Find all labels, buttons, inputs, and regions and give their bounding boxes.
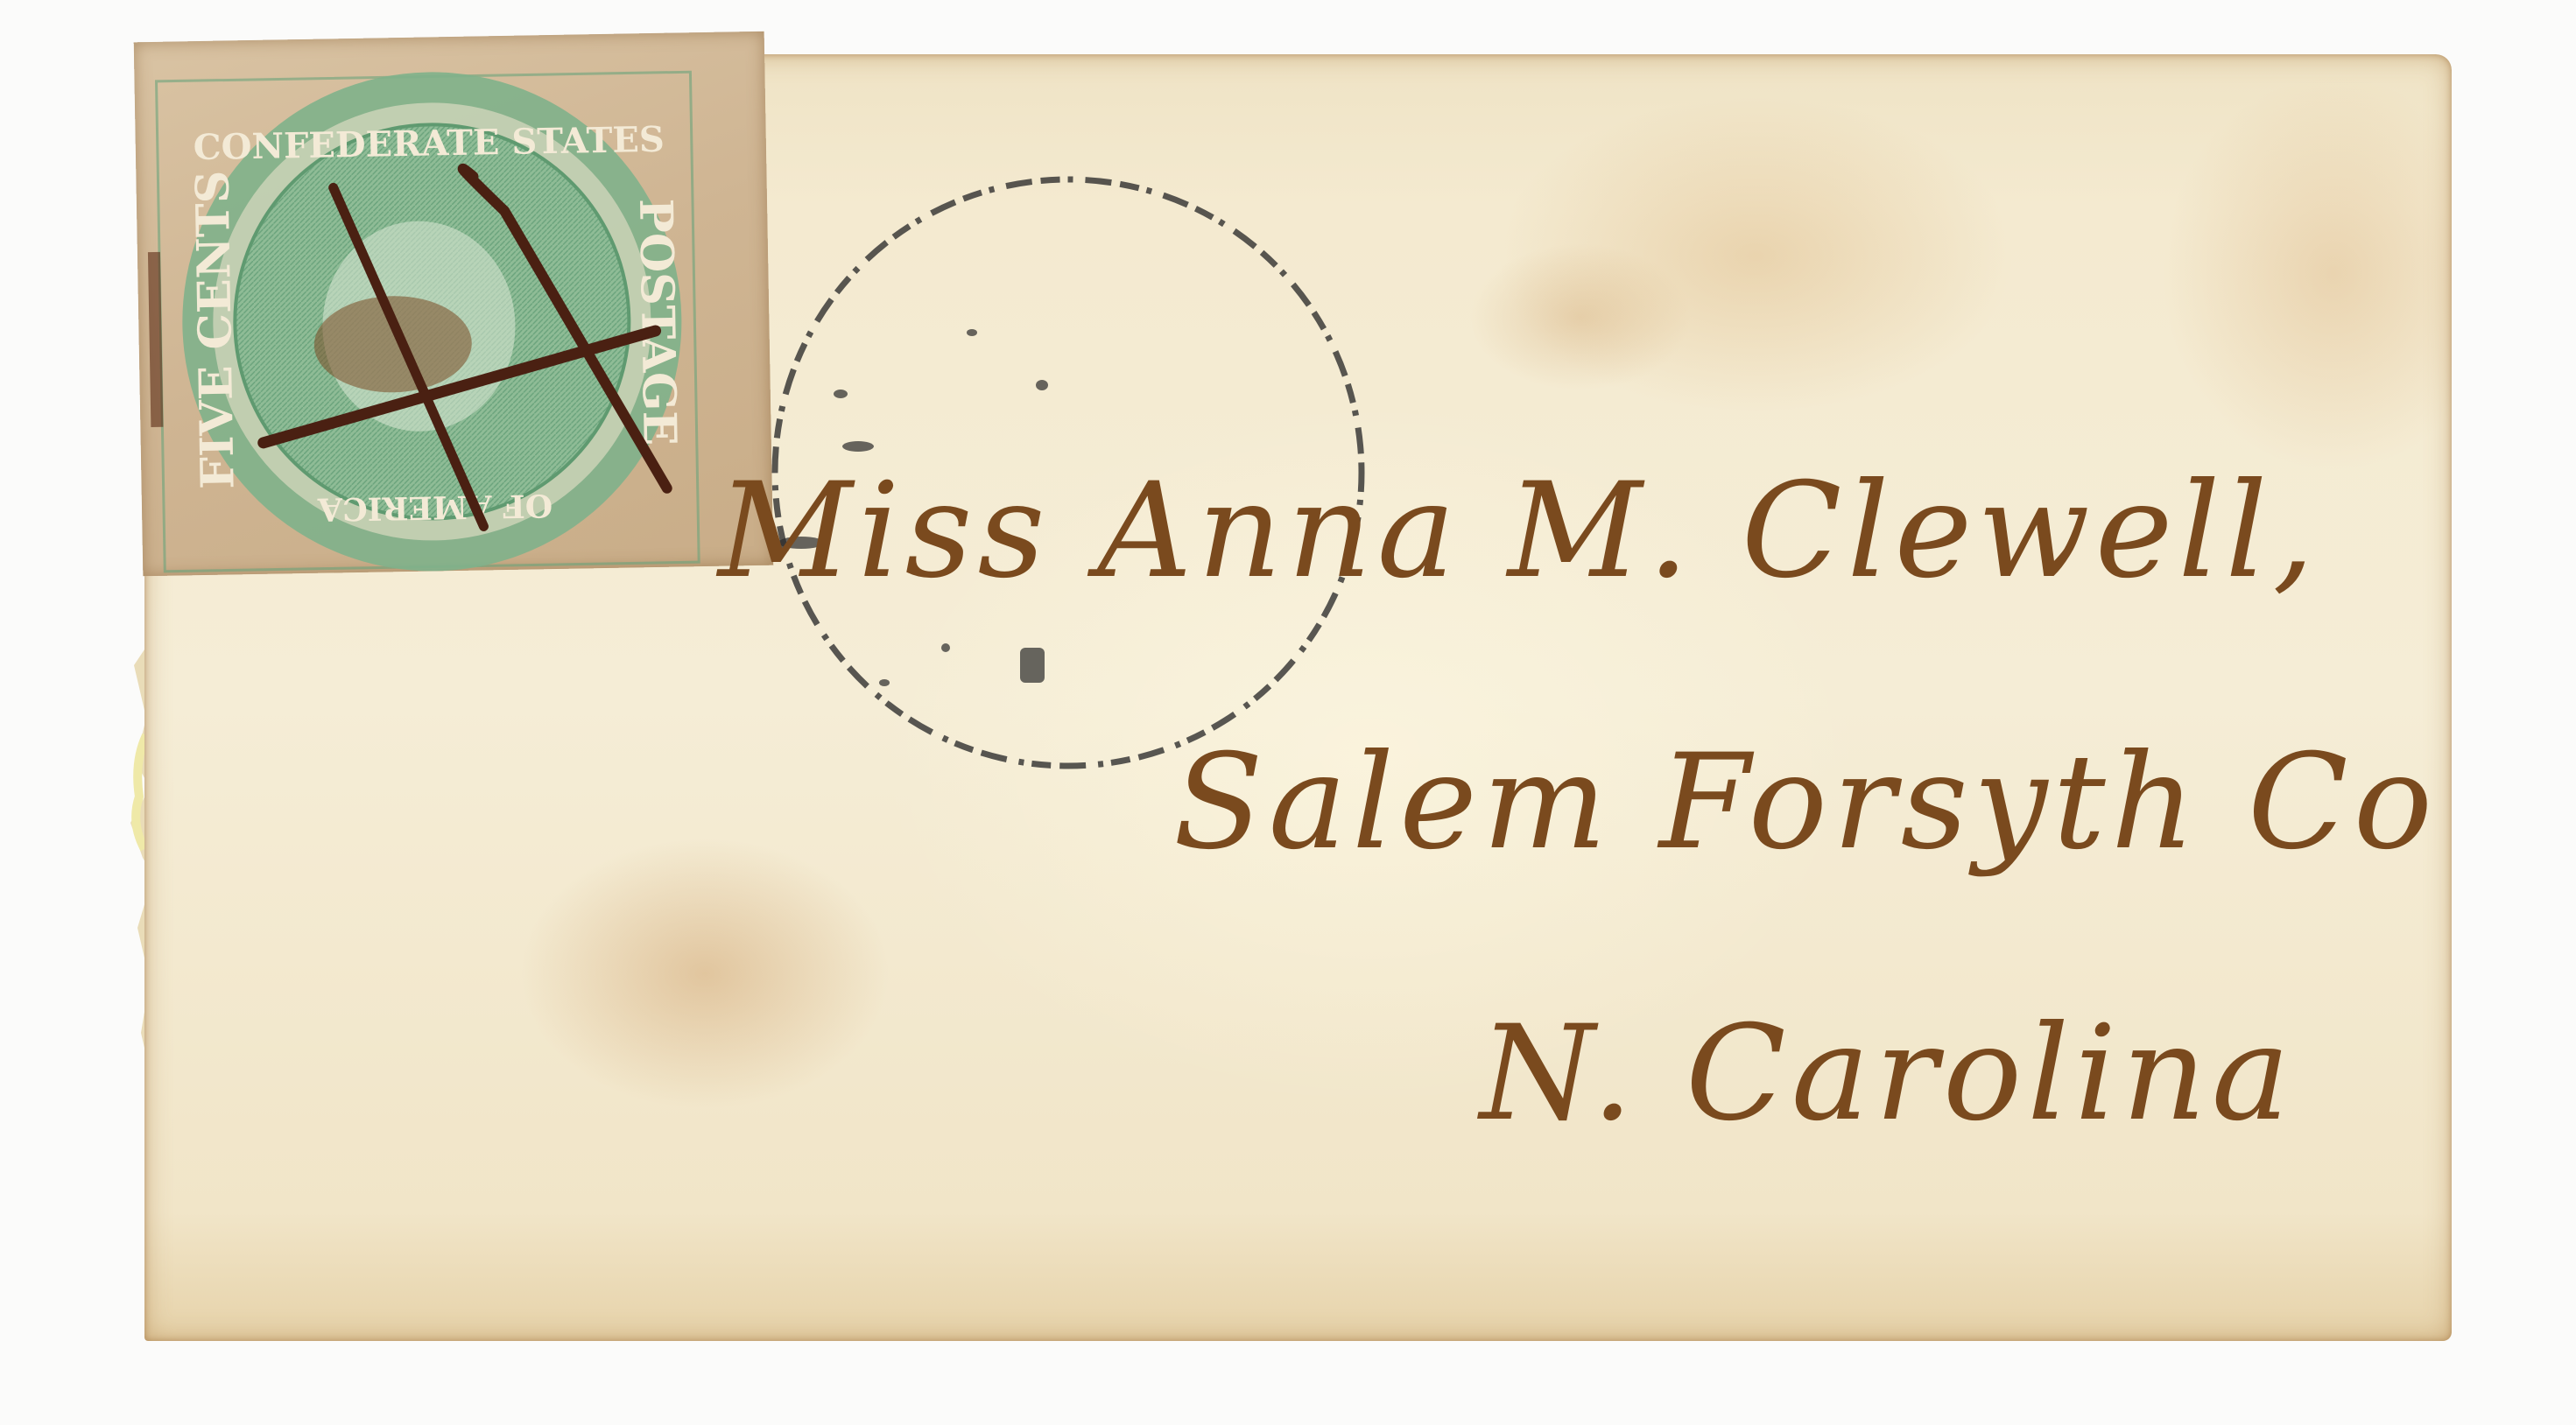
stamp-right-text: POSTAGE xyxy=(629,198,686,446)
stamp-top-text: CONFEDERATE STATES xyxy=(193,119,665,168)
stamp-bottom-text: OF AMERICA xyxy=(317,487,553,528)
stamp-design: CONFEDERATE STATES OF AMERICA FIVE CENTS… xyxy=(134,32,774,576)
address-line-1: Miss Anna M. Clewell, xyxy=(718,455,2319,607)
stamp-left-text: FIVE CENTS xyxy=(186,170,244,489)
address-line-3: N. Carolina xyxy=(1480,998,2295,1150)
address-line-2: Salem Forsyth Co xyxy=(1173,727,2438,879)
stamp: CONFEDERATE STATES OF AMERICA FIVE CENTS… xyxy=(134,32,774,576)
